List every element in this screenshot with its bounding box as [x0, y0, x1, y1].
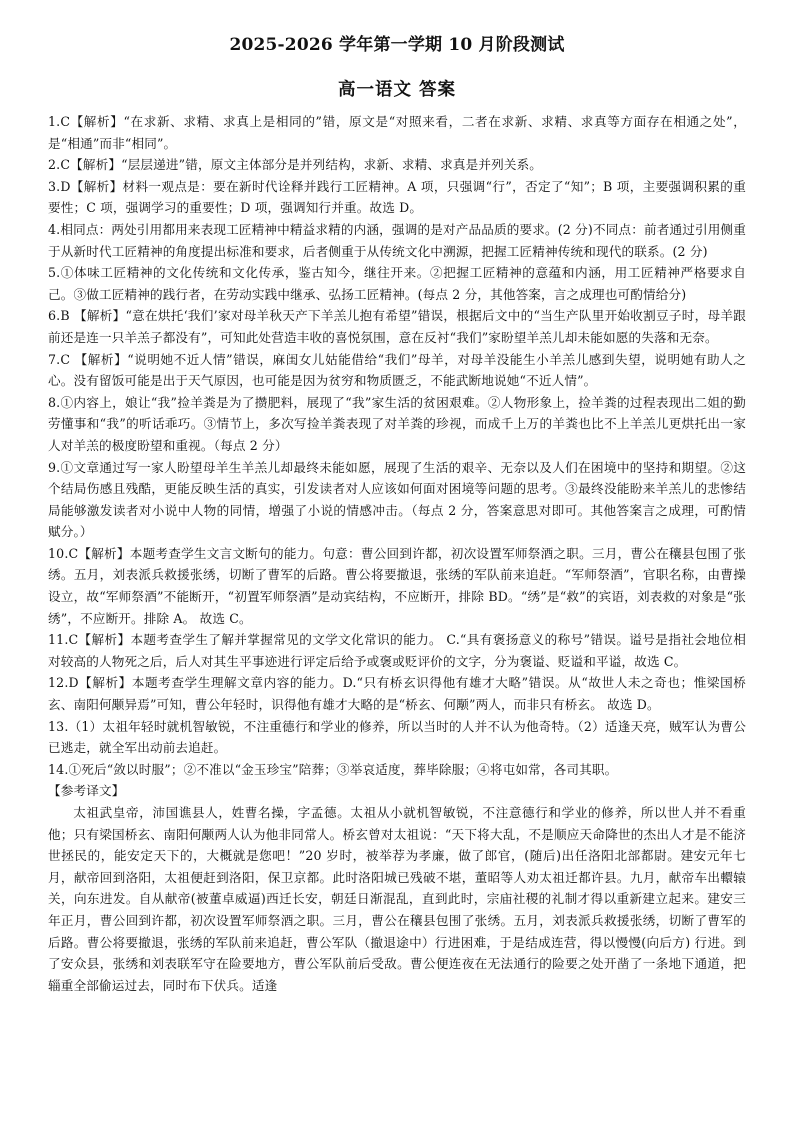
answer-item-11: 11.C【解析】本题考查学生了解并掌握常见的文学文化常识的能力。 C.“具有褒扬… [48, 629, 746, 672]
answer-item-7: 7.C 【解析】“说明她不近人情”错误，麻闺女儿姑能借给“我们”母羊，对母羊没能… [48, 349, 746, 392]
answer-key-page: 2025-2026 学年第一学期 10 月阶段测试 高一语文 答案 1.C【解析… [0, 0, 794, 1123]
answer-item-14: 14.①死后“敛以时服”；②不准以“金玉珍宝”陪葬；③举哀适度，葬毕除服；④将屯… [48, 759, 746, 781]
document-title: 2025-2026 学年第一学期 10 月阶段测试 [0, 30, 794, 55]
answer-item-3: 3.D【解析】材料一观点是：要在新时代诠释并践行工匠精神。A 项，只强调“行”，… [48, 176, 746, 219]
answer-item-10: 10.C【解析】本题考查学生文言文断句的能力。句意：曹公回到许都，初次设置军师祭… [48, 543, 746, 629]
answer-content: 1.C【解析】“在求新、求精、求真上是相同的”错，原文是“对照来看，二者在求新、… [48, 111, 746, 996]
answer-item-13: 13.（1）太祖年轻时就机智敏锐，不注重德行和学业的修养，所以当时的人并不认为他… [48, 716, 746, 759]
answer-item-8: 8.①内容上，娘让“我”捡羊粪是为了攒肥料，展现了“我”家生活的贫困艰难。②人物… [48, 392, 746, 457]
document-subtitle: 高一语文 答案 [0, 76, 794, 101]
answer-item-1: 1.C【解析】“在求新、求精、求真上是相同的”错，原文是“对照来看，二者在求新、… [48, 111, 746, 154]
answer-item-9: 9.①文章通过写一家人盼望母羊生羊羔儿却最终未能如愿，展现了生活的艰辛、无奈以及… [48, 457, 746, 543]
answer-item-6: 6.B 【解析】“意在烘托‘我们’家对母羊秋天产下羊羔儿抱有希望”错误，根据后文… [48, 305, 746, 348]
answer-item-5: 5.①体味工匠精神的文化传统和文化传承，鉴古知今，继往开来。②把握工匠精神的意蕴… [48, 262, 746, 305]
reference-translation-heading: 【参考译文】 [48, 780, 746, 802]
answer-item-2: 2.C【解析】“层层递进”错，原文主体部分是并列结构，求新、求精、求真是并列关系… [48, 154, 746, 176]
answer-item-12: 12.D【解析】本题考查学生理解文章内容的能力。D.“只有桥玄识得他有雄才大略”… [48, 672, 746, 715]
reference-translation-body: 太祖武皇帝，沛国谯县人，姓曹名操，字孟德。太祖从小就机智敏锐，不注意德行和学业的… [48, 802, 746, 996]
answer-item-4: 4.相同点：两处引用都用来表现工匠精神中精益求精的内涵，强调的是对产品品质的要求… [48, 219, 746, 262]
